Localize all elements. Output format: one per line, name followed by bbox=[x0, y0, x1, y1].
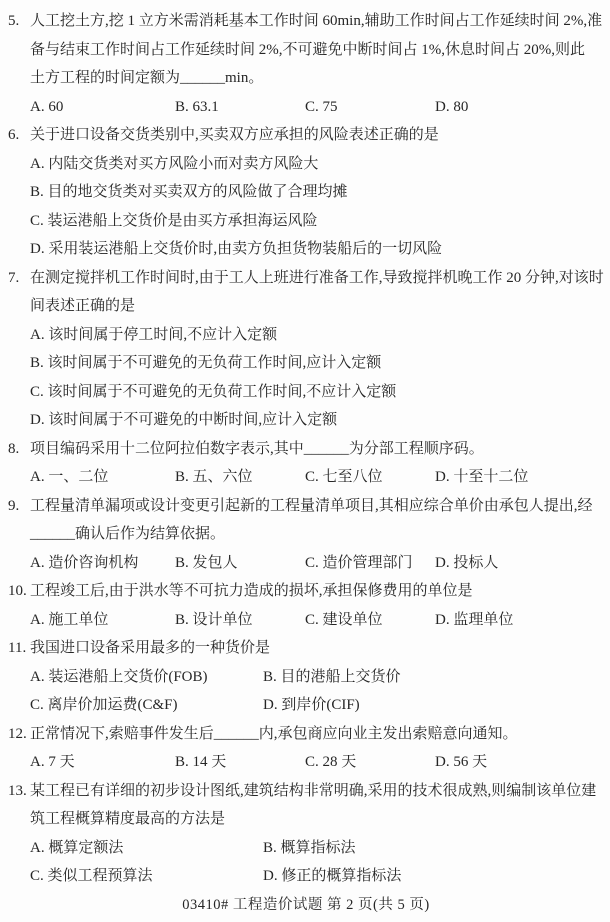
question-13: 13.某工程已有详细的初步设计图纸,建筑结构非常明确,采用的技术很成熟,则编制该… bbox=[8, 777, 604, 891]
question-10: 10.工程竣工后,由于洪水等不可抗力造成的损坏,承担保修费用的单位是A. 施工单… bbox=[8, 577, 604, 634]
option-row: A. 该时间属于停工时间,不应计入定额 bbox=[30, 321, 604, 350]
answer-option: C. 建设单位 bbox=[305, 606, 435, 635]
option-row: A. 装运港船上交货价(FOB)B. 目的港船上交货价 bbox=[30, 663, 604, 692]
question-text-line: 项目编码采用十二位阿拉伯数字表示,其中______为分部工程顺序码。 bbox=[30, 435, 604, 464]
answer-option: B. 目的港船上交货价 bbox=[263, 663, 604, 692]
answer-option: A. 7 天 bbox=[30, 748, 175, 777]
question-number: 9. bbox=[8, 492, 19, 521]
page-footer: 03410# 工程造价试题 第 2 页(共 5 页) bbox=[8, 891, 604, 920]
answer-option: C. 75 bbox=[305, 93, 435, 122]
question-number: 7. bbox=[8, 264, 19, 293]
option-row: A. 一、二位B. 五、六位C. 七至八位D. 十至十二位 bbox=[30, 463, 604, 492]
answer-option: C. 类似工程预算法 bbox=[30, 862, 263, 891]
answer-option: B. 五、六位 bbox=[175, 463, 305, 492]
question-text-line: 正常情况下,索赔事件发生后______内,承包商应向业主发出索赔意向通知。 bbox=[30, 720, 604, 749]
answer-option: D. 该时间属于不可避免的中断时间,应计入定额 bbox=[30, 406, 604, 435]
question-number: 13. bbox=[8, 777, 27, 806]
question-8: 8.项目编码采用十二位阿拉伯数字表示,其中______为分部工程顺序码。A. 一… bbox=[8, 435, 604, 492]
option-row: C. 离岸价加运费(C&F)D. 到岸价(CIF) bbox=[30, 691, 604, 720]
answer-option: D. 采用装运港船上交货价时,由卖方负担货物装船后的一切风险 bbox=[30, 235, 604, 264]
exam-page: 5.人工挖土方,挖 1 立方米需消耗基本工作时间 60min,辅助工作时间占工作… bbox=[0, 0, 610, 922]
answer-option: B. 目的地交货类对买卖双方的风险做了合理均摊 bbox=[30, 178, 604, 207]
answer-option: C. 该时间属于不可避免的无负荷工作时间,不应计入定额 bbox=[30, 378, 604, 407]
answer-option: C. 七至八位 bbox=[305, 463, 435, 492]
answer-option: B. 发包人 bbox=[175, 549, 305, 578]
answer-option: A. 60 bbox=[30, 93, 175, 122]
question-number: 12. bbox=[8, 720, 27, 749]
question-number: 8. bbox=[8, 435, 19, 464]
option-row: A. 概算定额法B. 概算指标法 bbox=[30, 834, 604, 863]
question-12: 12.正常情况下,索赔事件发生后______内,承包商应向业主发出索赔意向通知。… bbox=[8, 720, 604, 777]
answer-option: B. 设计单位 bbox=[175, 606, 305, 635]
answer-option: B. 14 天 bbox=[175, 748, 305, 777]
answer-option: D. 到岸价(CIF) bbox=[263, 691, 604, 720]
question-text-line: 工程量清单漏项或设计变更引起新的工程量清单项目,其相应综合单价由承包人提出,经 bbox=[30, 492, 604, 521]
question-text-line: 筑工程概算精度最高的方法是 bbox=[30, 805, 604, 834]
question-number: 5. bbox=[8, 7, 19, 36]
question-6: 6.关于进口设备交货类别中,买卖双方应承担的风险表述正确的是A. 内陆交货类对买… bbox=[8, 121, 604, 264]
option-row: C. 装运港船上交货价是由买方承担海运风险 bbox=[30, 207, 604, 236]
answer-option: A. 概算定额法 bbox=[30, 834, 263, 863]
option-row: D. 采用装运港船上交货价时,由卖方负担货物装船后的一切风险 bbox=[30, 235, 604, 264]
answer-option: C. 离岸价加运费(C&F) bbox=[30, 691, 263, 720]
answer-option: A. 装运港船上交货价(FOB) bbox=[30, 663, 263, 692]
question-text-line: 我国进口设备采用最多的一种货价是 bbox=[30, 634, 604, 663]
answer-option: B. 63.1 bbox=[175, 93, 305, 122]
question-number: 11. bbox=[8, 634, 26, 663]
answer-option: A. 施工单位 bbox=[30, 606, 175, 635]
question-text-line: 在测定搅拌机工作时间时,由于工人上班进行准备工作,导致搅拌机晚工作 20 分钟,… bbox=[30, 264, 604, 293]
option-row: C. 类似工程预算法D. 修正的概算指标法 bbox=[30, 862, 604, 891]
answer-option: C. 造价管理部门 bbox=[305, 549, 435, 578]
answer-option: B. 概算指标法 bbox=[263, 834, 604, 863]
question-text-line: 某工程已有详细的初步设计图纸,建筑结构非常明确,采用的技术很成熟,则编制该单位建 bbox=[30, 777, 604, 806]
answer-option: D. 投标人 bbox=[435, 549, 604, 578]
option-row: A. 施工单位B. 设计单位C. 建设单位D. 监理单位 bbox=[30, 606, 604, 635]
option-row: D. 该时间属于不可避免的中断时间,应计入定额 bbox=[30, 406, 604, 435]
answer-option: C. 28 天 bbox=[305, 748, 435, 777]
option-row: A. 60B. 63.1C. 75D. 80 bbox=[30, 93, 604, 122]
question-11: 11.我国进口设备采用最多的一种货价是A. 装运港船上交货价(FOB)B. 目的… bbox=[8, 634, 604, 720]
question-text-line: 间表述正确的是 bbox=[30, 292, 604, 321]
question-text-line: ______确认后作为结算依据。 bbox=[30, 520, 604, 549]
question-7: 7.在测定搅拌机工作时间时,由于工人上班进行准备工作,导致搅拌机晚工作 20 分… bbox=[8, 264, 604, 435]
answer-option: A. 内陆交货类对买方风险小而对卖方风险大 bbox=[30, 150, 604, 179]
question-9: 9.工程量清单漏项或设计变更引起新的工程量清单项目,其相应综合单价由承包人提出,… bbox=[8, 492, 604, 578]
option-row: A. 7 天B. 14 天C. 28 天D. 56 天 bbox=[30, 748, 604, 777]
answer-option: D. 56 天 bbox=[435, 748, 604, 777]
question-text-line: 备与结束工作时间占工作延续时间 2%,不可避免中断时间占 1%,休息时间占 20… bbox=[30, 36, 604, 65]
question-text-line: 关于进口设备交货类别中,买卖双方应承担的风险表述正确的是 bbox=[30, 121, 604, 150]
question-list: 5.人工挖土方,挖 1 立方米需消耗基本工作时间 60min,辅助工作时间占工作… bbox=[8, 7, 604, 891]
option-row: B. 目的地交货类对买卖双方的风险做了合理均摊 bbox=[30, 178, 604, 207]
question-text-line: 工程竣工后,由于洪水等不可抗力造成的损坏,承担保修费用的单位是 bbox=[30, 577, 604, 606]
answer-option: D. 80 bbox=[435, 93, 604, 122]
option-row: A. 造价咨询机构B. 发包人C. 造价管理部门D. 投标人 bbox=[30, 549, 604, 578]
answer-option: C. 装运港船上交货价是由买方承担海运风险 bbox=[30, 207, 604, 236]
question-number: 6. bbox=[8, 121, 19, 150]
answer-option: A. 该时间属于停工时间,不应计入定额 bbox=[30, 321, 604, 350]
option-row: C. 该时间属于不可避免的无负荷工作时间,不应计入定额 bbox=[30, 378, 604, 407]
answer-option: D. 十至十二位 bbox=[435, 463, 604, 492]
answer-option: D. 修正的概算指标法 bbox=[263, 862, 604, 891]
option-row: B. 该时间属于不可避免的无负荷工作时间,应计入定额 bbox=[30, 349, 604, 378]
answer-option: D. 监理单位 bbox=[435, 606, 604, 635]
question-5: 5.人工挖土方,挖 1 立方米需消耗基本工作时间 60min,辅助工作时间占工作… bbox=[8, 7, 604, 121]
option-row: A. 内陆交货类对买方风险小而对卖方风险大 bbox=[30, 150, 604, 179]
question-text-line: 土方工程的时间定额为______min。 bbox=[30, 64, 604, 93]
answer-option: B. 该时间属于不可避免的无负荷工作时间,应计入定额 bbox=[30, 349, 604, 378]
answer-option: A. 造价咨询机构 bbox=[30, 549, 175, 578]
question-number: 10. bbox=[8, 577, 27, 606]
question-text-line: 人工挖土方,挖 1 立方米需消耗基本工作时间 60min,辅助工作时间占工作延续… bbox=[30, 7, 604, 36]
answer-option: A. 一、二位 bbox=[30, 463, 175, 492]
